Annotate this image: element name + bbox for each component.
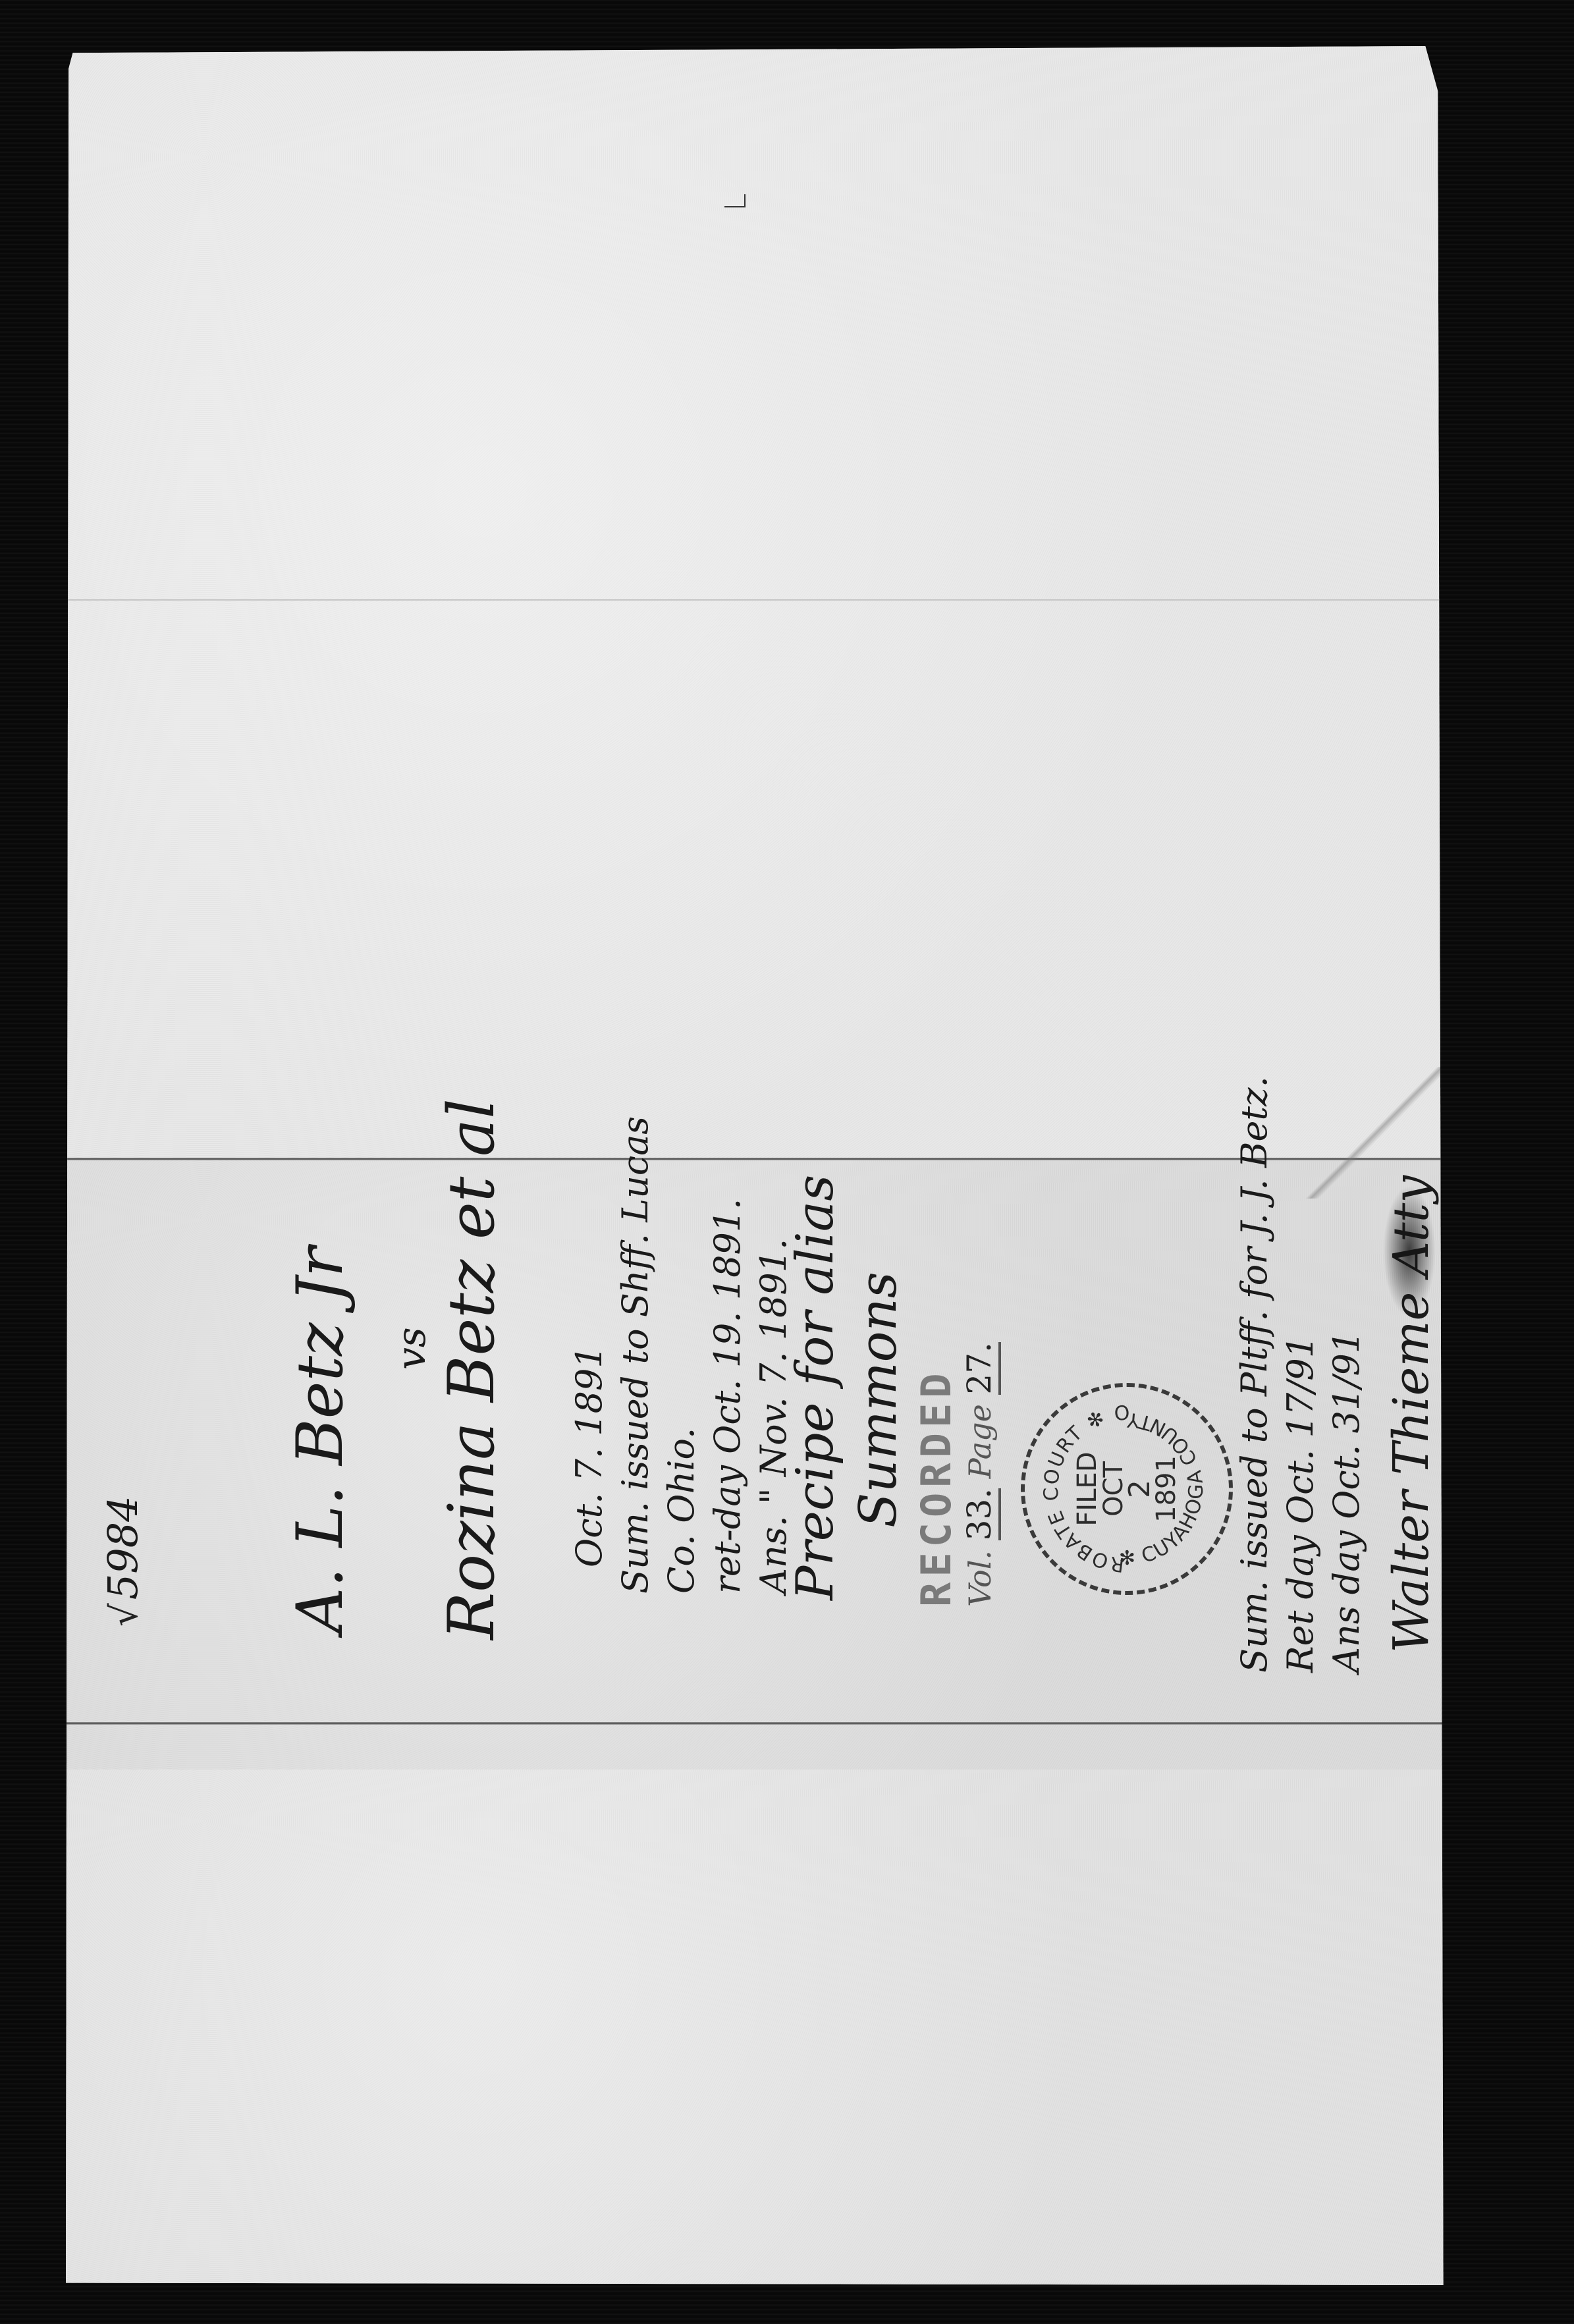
ink-smudge <box>1383 1185 1436 1317</box>
recorded-label: RECORDED <box>912 1342 960 1607</box>
filed-year: 1891 <box>1153 1451 1180 1526</box>
filed-date: FILED OCT 2 1891 <box>1074 1451 1180 1526</box>
case-number: 5984 <box>99 1496 147 1600</box>
check-mark: √ <box>103 1603 146 1627</box>
vol-number: 33. <box>960 1488 1001 1541</box>
filed-label: FILED <box>1074 1451 1100 1526</box>
docket-entry: Sum. issued to Shff. Lucas <box>612 1116 659 1594</box>
page-label: Page <box>962 1404 998 1478</box>
fold-line-lower <box>66 1722 1449 1725</box>
top-panel-blank <box>66 46 1449 1159</box>
page-number: 27. <box>960 1342 1001 1395</box>
docket-entry: ret-day Oct. 19. 1891. <box>705 1116 751 1594</box>
vol-label: Vol. <box>962 1550 998 1607</box>
docket-entry: Co. Ohio. <box>659 1116 705 1594</box>
docket-entry: Oct. 7. 1891 <box>566 1116 612 1594</box>
plaintiff-name: A. L. Betz Jr <box>283 1247 357 1633</box>
probate-court-filed-stamp: PROBATE COURT ✻ O. ✻ CUYAHOGA COUNTY, FI… <box>1021 1383 1233 1595</box>
precipe-line: Precipe for alias <box>784 1175 847 1600</box>
summons-entry: Ans day Oct. 31/91 <box>1324 1076 1370 1673</box>
summons-entry: Ret day Oct. 17/91 <box>1278 1076 1324 1673</box>
second-summons-entries: Sum. issued to Pltff. for J. J. Betz. Re… <box>1232 1076 1370 1673</box>
filed-day: 2 <box>1127 1451 1153 1526</box>
case-number-block: √ 5984 <box>99 1496 147 1627</box>
docket-entries: Oct. 7. 1891 Sum. issued to Shff. Lucas … <box>566 1116 797 1594</box>
recorded-stamp: RECORDED Vol. 33. Page 27. <box>912 1342 1001 1607</box>
precipe-note: Precipe for alias Summons <box>784 1175 910 1600</box>
recorded-volume-page: Vol. 33. Page 27. <box>960 1342 1001 1607</box>
defendant-name: Rozina Betz et al <box>435 1098 508 1640</box>
versus-label: vs <box>389 1327 435 1370</box>
bottom-panel-blank <box>66 1770 1449 2285</box>
faint-fold-line <box>66 599 1449 601</box>
summons-entry: Sum. issued to Pltff. for J. J. Betz. <box>1232 1076 1278 1673</box>
stray-pencil-mark <box>724 194 746 207</box>
precipe-line: Summons <box>847 1175 910 1600</box>
